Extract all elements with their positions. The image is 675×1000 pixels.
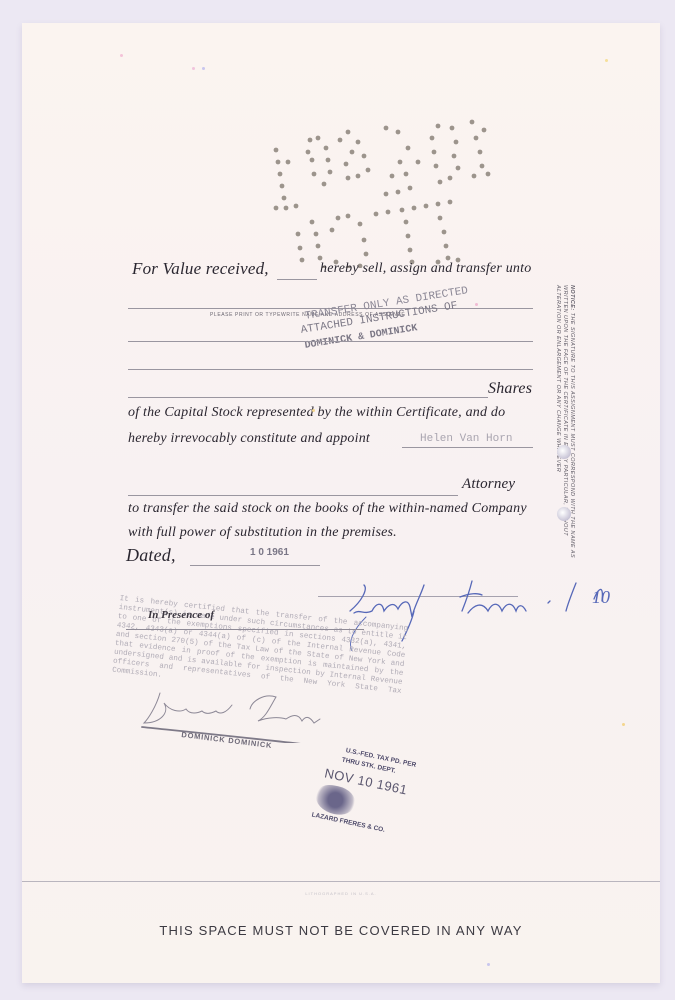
speckle bbox=[202, 67, 205, 70]
attorney-name-line[interactable] bbox=[402, 447, 533, 448]
speckle bbox=[192, 67, 195, 70]
certificate-back: For Value received, hereby sell, assign … bbox=[22, 23, 660, 983]
tax-stamp-firm: LAZARD FRERES & CO. bbox=[311, 811, 386, 833]
witness-line[interactable] bbox=[126, 629, 364, 630]
footer-divider bbox=[22, 881, 660, 882]
speckle bbox=[487, 963, 490, 966]
notice-title: NOTICE: bbox=[569, 285, 575, 311]
speckle bbox=[622, 723, 625, 726]
guarantor-signature bbox=[140, 683, 340, 743]
punch-hole bbox=[557, 507, 571, 521]
rule bbox=[277, 279, 317, 280]
attorney-line[interactable] bbox=[128, 495, 458, 496]
date-line[interactable] bbox=[190, 565, 320, 566]
lithograph-imprint: LITHOGRAPHED IN U.S.A. bbox=[22, 891, 660, 896]
guarantor-scrawl-icon bbox=[140, 683, 340, 743]
attorney-word: Attorney bbox=[462, 476, 515, 493]
transfer-unto: hereby sell, assign and transfer unto bbox=[320, 261, 531, 277]
in-presence-of-label: In Presence of bbox=[148, 609, 214, 621]
tax-paid-stamp: U.S.-FED. TAX PD. PER THRU STK. DEPT. NO… bbox=[306, 743, 434, 864]
speckle bbox=[312, 409, 315, 412]
speckle bbox=[605, 59, 608, 62]
date-value: 1 0 1961 bbox=[250, 547, 289, 558]
transfer-line: to transfer the said stock on the books … bbox=[128, 501, 527, 517]
shares-word: Shares bbox=[488, 380, 532, 398]
assignee-line-3[interactable] bbox=[128, 369, 533, 370]
appoint-line: hereby irrevocably constitute and appoin… bbox=[128, 431, 370, 447]
assignee-line-2[interactable] bbox=[128, 341, 533, 342]
speckle bbox=[120, 54, 123, 57]
substitution-line: with full power of substitution in the p… bbox=[128, 525, 397, 541]
perforation-cancellation bbox=[262, 118, 492, 268]
speckle bbox=[475, 303, 478, 306]
dated-label: Dated, bbox=[126, 545, 176, 566]
perforation-dots-icon bbox=[262, 118, 492, 268]
shares-line[interactable] bbox=[128, 397, 488, 398]
attorney-name: Helen Van Horn bbox=[420, 433, 512, 445]
for-value-received: For Value received, bbox=[132, 259, 269, 279]
punch-hole bbox=[557, 445, 571, 459]
capital-stock-line: of the Capital Stock represented by the … bbox=[128, 405, 505, 421]
svg-text:10: 10 bbox=[592, 587, 610, 607]
do-not-cover-warning: THIS SPACE MUST NOT BE COVERED IN ANY WA… bbox=[22, 923, 660, 938]
notice-text: NOTICE: THE SIGNATURE TO THIS ASSIGNMENT… bbox=[554, 285, 575, 565]
